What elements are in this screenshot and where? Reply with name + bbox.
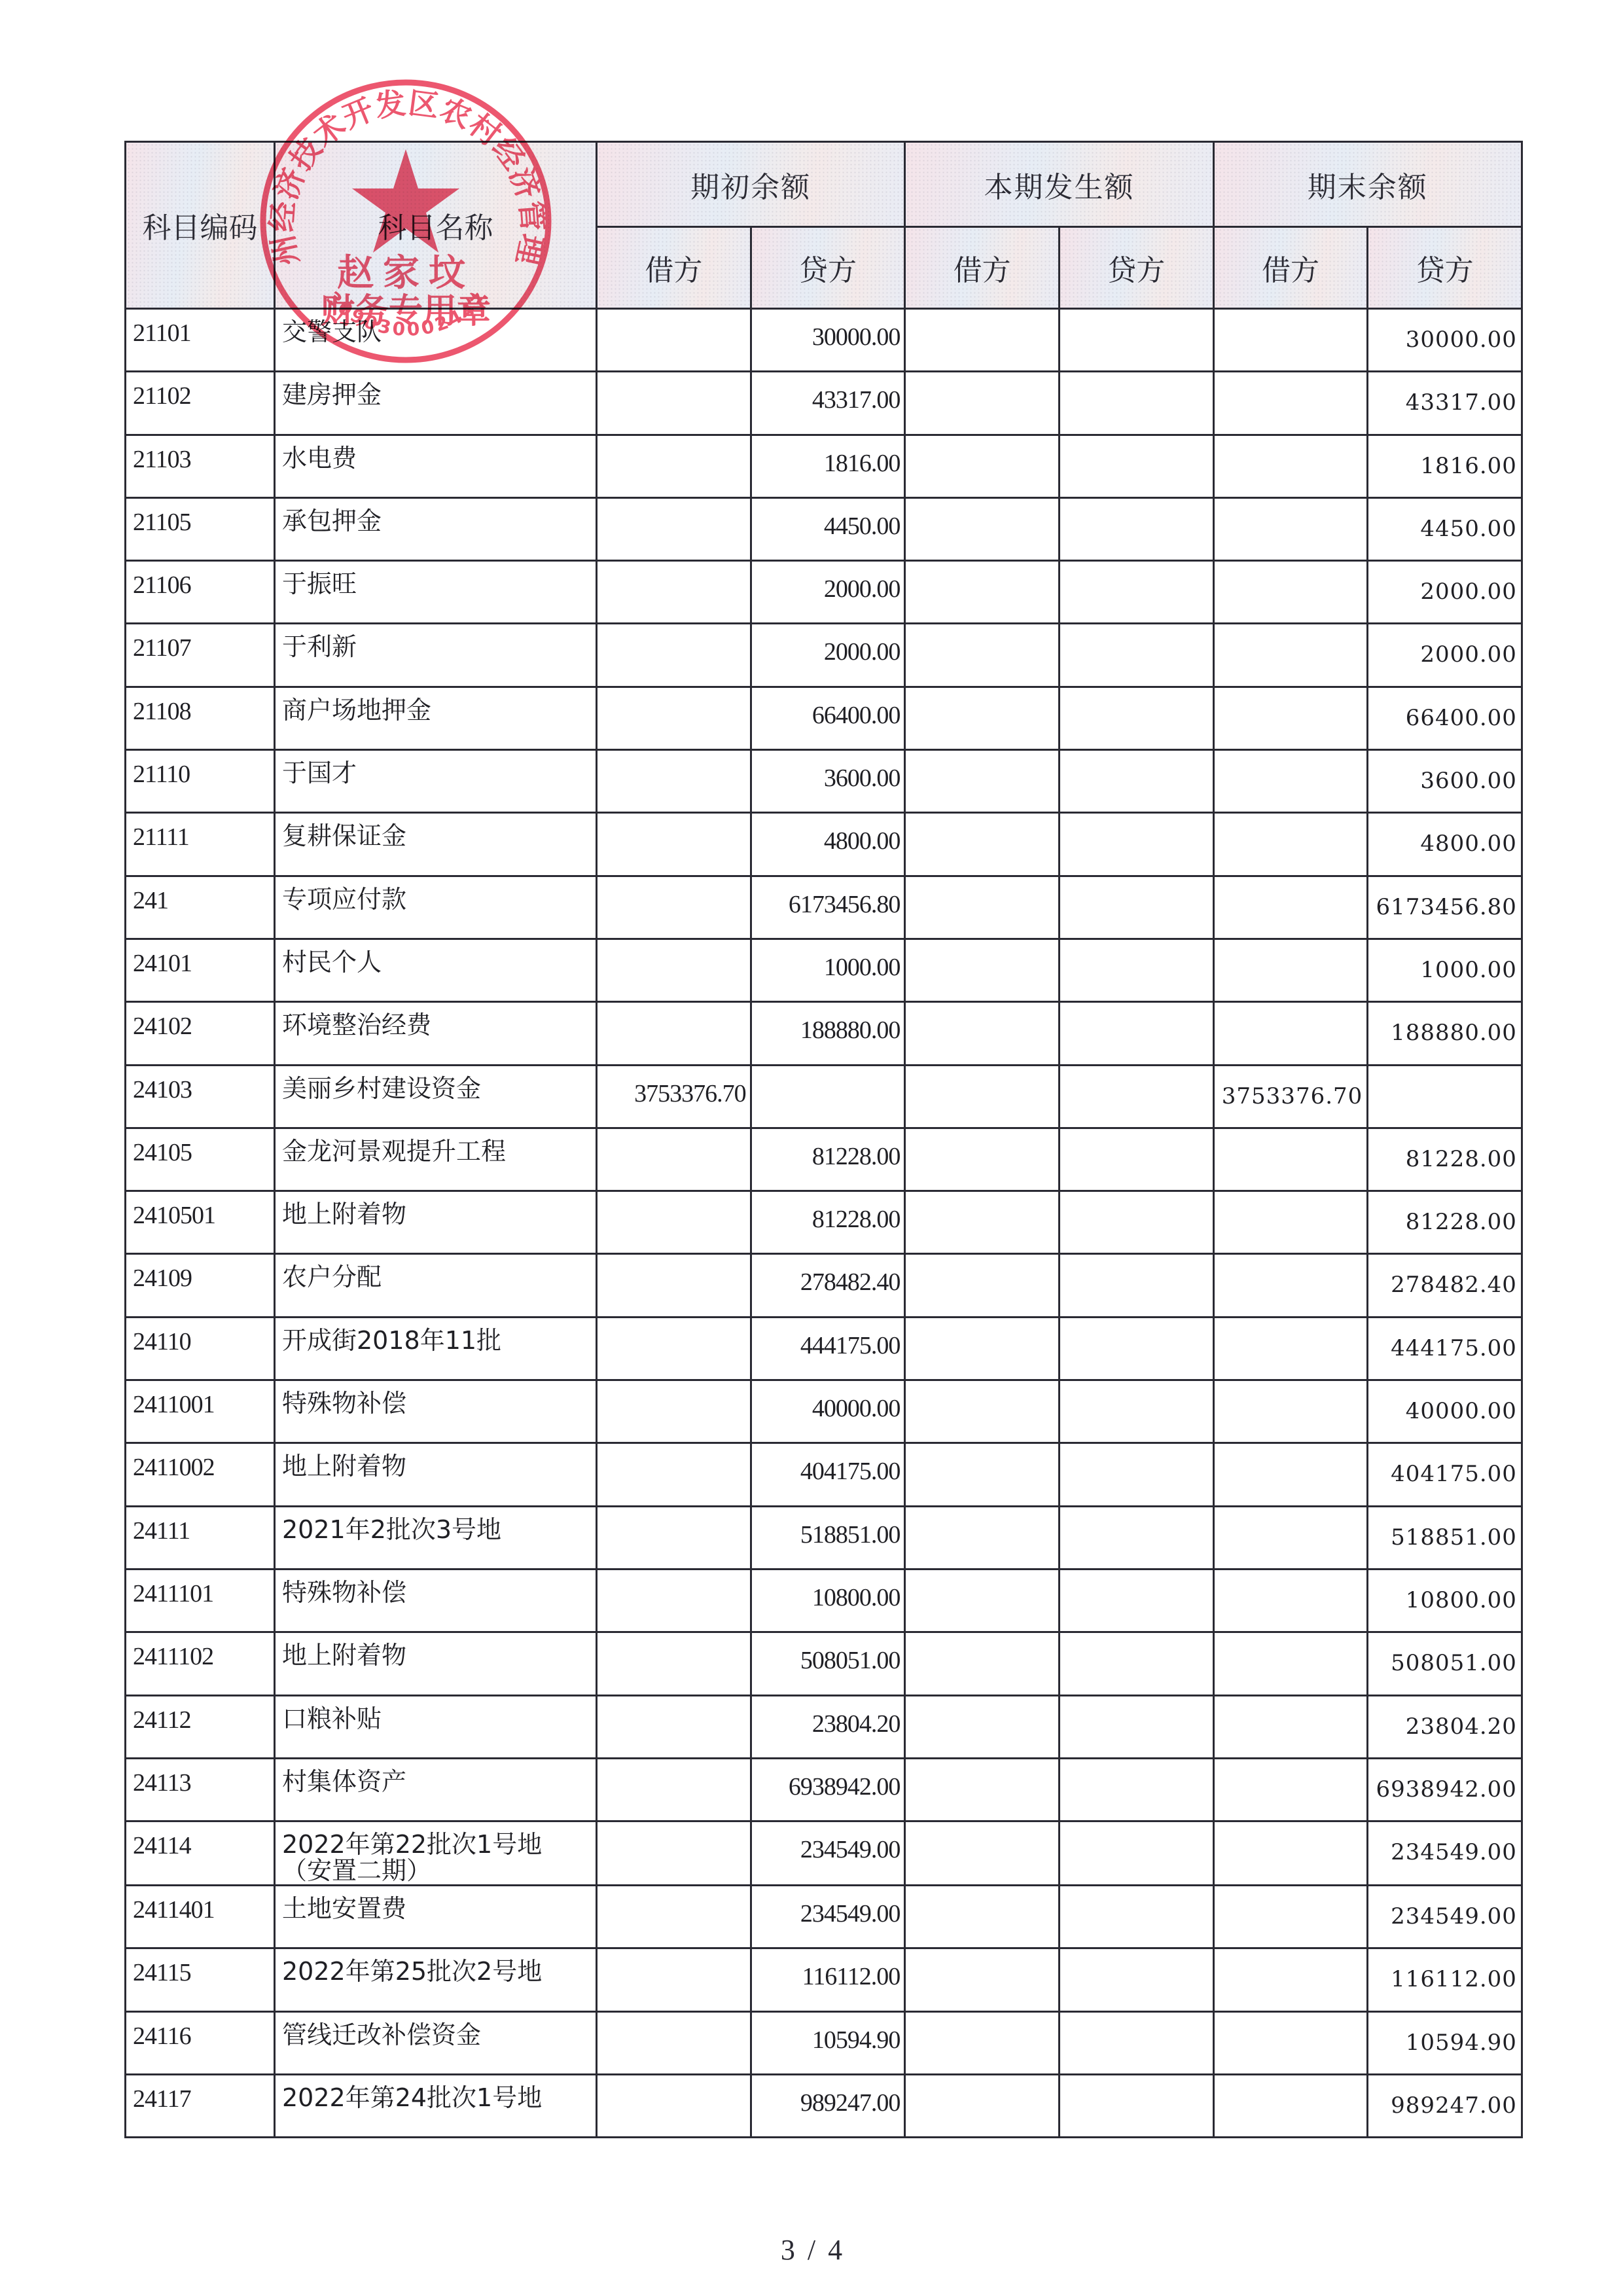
period-credit-cell bbox=[1059, 939, 1213, 1001]
opening-credit-cell bbox=[751, 1065, 905, 1128]
opening-credit-cell: 43317.00 bbox=[751, 372, 905, 435]
closing-debit-cell bbox=[1213, 1695, 1368, 1758]
opening-debit-cell bbox=[597, 1002, 751, 1065]
account-name-cell: 2022年第22批次1号地（安置二期） bbox=[275, 1821, 597, 1886]
period-credit-cell bbox=[1059, 561, 1213, 624]
opening-credit-cell: 6938942.00 bbox=[751, 1758, 905, 1821]
closing-credit-cell bbox=[1368, 1065, 1522, 1128]
opening-debit-cell bbox=[597, 309, 751, 372]
opening-debit-cell bbox=[597, 1569, 751, 1632]
header-period-credit: 贷方 bbox=[1059, 227, 1213, 309]
opening-debit-cell bbox=[597, 2011, 751, 2074]
opening-credit-cell: 81228.00 bbox=[751, 1191, 905, 1254]
account-name-cell: 地上附着物 bbox=[275, 1632, 597, 1695]
period-debit-cell bbox=[905, 2075, 1060, 2138]
period-credit-cell bbox=[1059, 813, 1213, 876]
closing-credit-cell: 3600.00 bbox=[1368, 750, 1522, 813]
account-code-cell: 24102 bbox=[126, 1002, 275, 1065]
header-opening-debit: 借方 bbox=[597, 227, 751, 309]
period-credit-cell bbox=[1059, 497, 1213, 560]
opening-debit-cell bbox=[597, 876, 751, 939]
closing-credit-cell: 989247.00 bbox=[1368, 2075, 1522, 2138]
account-code-cell: 24113 bbox=[126, 1758, 275, 1821]
opening-debit-cell bbox=[597, 813, 751, 876]
opening-debit-cell bbox=[597, 1191, 751, 1254]
period-debit-cell bbox=[905, 1065, 1060, 1128]
period-debit-cell bbox=[905, 876, 1060, 939]
account-name-cell: 承包押金 bbox=[275, 497, 597, 560]
opening-credit-cell: 1000.00 bbox=[751, 939, 905, 1001]
closing-credit-cell: 40000.00 bbox=[1368, 1380, 1522, 1443]
table-row: 24102环境整治经费188880.00188880.00 bbox=[126, 1002, 1522, 1065]
period-credit-cell bbox=[1059, 435, 1213, 497]
period-credit-cell bbox=[1059, 624, 1213, 687]
account-code-cell: 21101 bbox=[126, 309, 275, 372]
ledger-body: 21101交警支队30000.0030000.0021102建房押金43317.… bbox=[126, 309, 1522, 2138]
table-row: 24116管线迁改补偿资金10594.9010594.90 bbox=[126, 2011, 1522, 2074]
opening-debit-cell bbox=[597, 1886, 751, 1948]
table-row: 21102建房押金43317.0043317.00 bbox=[126, 372, 1522, 435]
closing-debit-cell bbox=[1213, 1317, 1368, 1380]
opening-credit-cell: 30000.00 bbox=[751, 309, 905, 372]
account-code-cell: 24111 bbox=[126, 1506, 275, 1569]
closing-credit-cell: 4450.00 bbox=[1368, 497, 1522, 560]
table-row: 241152022年第25批次2号地116112.00116112.00 bbox=[126, 1948, 1522, 2011]
period-credit-cell bbox=[1059, 2075, 1213, 2138]
period-credit-cell bbox=[1059, 372, 1213, 435]
opening-credit-cell: 10594.90 bbox=[751, 2011, 905, 2074]
account-name-cell: 特殊物补偿 bbox=[275, 1380, 597, 1443]
table-row: 21111复耕保证金4800.004800.00 bbox=[126, 813, 1522, 876]
period-debit-cell bbox=[905, 435, 1060, 497]
closing-debit-cell bbox=[1213, 939, 1368, 1001]
opening-debit-cell bbox=[597, 1948, 751, 2011]
opening-credit-cell: 3600.00 bbox=[751, 750, 905, 813]
period-debit-cell bbox=[905, 1002, 1060, 1065]
period-credit-cell bbox=[1059, 1065, 1213, 1128]
opening-credit-cell: 989247.00 bbox=[751, 2075, 905, 2138]
table-row: 24113村集体资产6938942.006938942.00 bbox=[126, 1758, 1522, 1821]
opening-credit-cell: 278482.40 bbox=[751, 1254, 905, 1317]
opening-credit-cell: 40000.00 bbox=[751, 1380, 905, 1443]
period-debit-cell bbox=[905, 497, 1060, 560]
opening-credit-cell: 10800.00 bbox=[751, 1569, 905, 1632]
account-code-cell: 21110 bbox=[126, 750, 275, 813]
account-name-cell: 于利新 bbox=[275, 624, 597, 687]
table-row: 21101交警支队30000.0030000.00 bbox=[126, 309, 1522, 372]
account-name-cell: 交警支队 bbox=[275, 309, 597, 372]
opening-credit-cell: 4450.00 bbox=[751, 497, 905, 560]
account-code-cell: 21102 bbox=[126, 372, 275, 435]
account-name-cell: 金龙河景观提升工程 bbox=[275, 1128, 597, 1191]
period-debit-cell bbox=[905, 1191, 1060, 1254]
closing-debit-cell bbox=[1213, 624, 1368, 687]
opening-credit-cell: 66400.00 bbox=[751, 687, 905, 749]
closing-debit-cell bbox=[1213, 1443, 1368, 1506]
opening-credit-cell: 1816.00 bbox=[751, 435, 905, 497]
closing-debit-cell bbox=[1213, 1191, 1368, 1254]
table-row: 24101村民个人1000.001000.00 bbox=[126, 939, 1522, 1001]
period-debit-cell bbox=[905, 1569, 1060, 1632]
opening-credit-cell: 2000.00 bbox=[751, 624, 905, 687]
account-name-cell: 专项应付款 bbox=[275, 876, 597, 939]
opening-credit-cell: 404175.00 bbox=[751, 1443, 905, 1506]
table-row: 241172022年第24批次1号地989247.00989247.00 bbox=[126, 2075, 1522, 2138]
closing-credit-cell: 10800.00 bbox=[1368, 1569, 1522, 1632]
account-code-cell: 21106 bbox=[126, 561, 275, 624]
period-debit-cell bbox=[905, 624, 1060, 687]
closing-credit-cell: 6938942.00 bbox=[1368, 1758, 1522, 1821]
period-debit-cell bbox=[905, 2011, 1060, 2074]
period-debit-cell bbox=[905, 1821, 1060, 1886]
account-name-cell: 地上附着物 bbox=[275, 1191, 597, 1254]
closing-credit-cell: 23804.20 bbox=[1368, 1695, 1522, 1758]
closing-credit-cell: 518851.00 bbox=[1368, 1506, 1522, 1569]
period-credit-cell bbox=[1059, 1254, 1213, 1317]
period-credit-cell bbox=[1059, 1632, 1213, 1695]
account-name-cell: 管线迁改补偿资金 bbox=[275, 2011, 597, 2074]
closing-debit-cell bbox=[1213, 1380, 1368, 1443]
account-name-cell: 村集体资产 bbox=[275, 1758, 597, 1821]
table-row: 21103水电费1816.001816.00 bbox=[126, 435, 1522, 497]
opening-debit-cell bbox=[597, 497, 751, 560]
table-row: 24109农户分配278482.40278482.40 bbox=[126, 1254, 1522, 1317]
period-credit-cell bbox=[1059, 309, 1213, 372]
period-debit-cell bbox=[905, 1128, 1060, 1191]
table-row: 2411002地上附着物404175.00404175.00 bbox=[126, 1443, 1522, 1506]
closing-debit-cell bbox=[1213, 561, 1368, 624]
opening-debit-cell bbox=[597, 1758, 751, 1821]
closing-debit-cell bbox=[1213, 2075, 1368, 2138]
period-debit-cell bbox=[905, 1254, 1060, 1317]
closing-credit-cell: 508051.00 bbox=[1368, 1632, 1522, 1695]
closing-debit-cell bbox=[1213, 813, 1368, 876]
closing-credit-cell: 10594.90 bbox=[1368, 2011, 1522, 2074]
table-row: 2411401土地安置费234549.00234549.00 bbox=[126, 1886, 1522, 1948]
account-code-cell: 2411002 bbox=[126, 1443, 275, 1506]
account-name-cell: 开成街2018年11批 bbox=[275, 1317, 597, 1380]
account-name-cell: 环境整治经费 bbox=[275, 1002, 597, 1065]
period-debit-cell bbox=[905, 561, 1060, 624]
table-row: 241112021年2批次3号地518851.00518851.00 bbox=[126, 1506, 1522, 1569]
account-name-cell: 2022年第25批次2号地 bbox=[275, 1948, 597, 2011]
opening-debit-cell bbox=[597, 1632, 751, 1695]
account-name-cell: 于振旺 bbox=[275, 561, 597, 624]
period-credit-cell bbox=[1059, 1821, 1213, 1886]
closing-credit-cell: 81228.00 bbox=[1368, 1191, 1522, 1254]
account-name-cell: 建房押金 bbox=[275, 372, 597, 435]
table-row: 24105金龙河景观提升工程81228.0081228.00 bbox=[126, 1128, 1522, 1191]
account-code-cell: 24110 bbox=[126, 1317, 275, 1380]
closing-debit-cell bbox=[1213, 1758, 1368, 1821]
opening-debit-cell bbox=[597, 1128, 751, 1191]
opening-debit-cell bbox=[597, 435, 751, 497]
period-debit-cell bbox=[905, 1758, 1060, 1821]
account-code-cell: 241 bbox=[126, 876, 275, 939]
closing-credit-cell: 404175.00 bbox=[1368, 1443, 1522, 1506]
header-account-code: 科目编码 bbox=[126, 142, 275, 309]
header-account-name: 科目名称 bbox=[275, 142, 597, 309]
closing-credit-cell: 188880.00 bbox=[1368, 1002, 1522, 1065]
table-row: 24110开成街2018年11批444175.00444175.00 bbox=[126, 1317, 1522, 1380]
closing-debit-cell bbox=[1213, 1002, 1368, 1065]
closing-debit-cell bbox=[1213, 435, 1368, 497]
period-debit-cell bbox=[905, 309, 1060, 372]
opening-debit-cell bbox=[597, 1443, 751, 1506]
account-name-cell: 2022年第24批次1号地 bbox=[275, 2075, 597, 2138]
opening-credit-cell: 234549.00 bbox=[751, 1886, 905, 1948]
period-credit-cell bbox=[1059, 1758, 1213, 1821]
closing-credit-cell: 2000.00 bbox=[1368, 561, 1522, 624]
account-name-cell: 土地安置费 bbox=[275, 1886, 597, 1948]
closing-debit-cell bbox=[1213, 2011, 1368, 2074]
closing-debit-cell bbox=[1213, 1254, 1368, 1317]
closing-debit-cell bbox=[1213, 1632, 1368, 1695]
account-name-cell: 2021年2批次3号地 bbox=[275, 1506, 597, 1569]
account-code-cell: 24116 bbox=[126, 2011, 275, 2074]
account-code-cell: 21105 bbox=[126, 497, 275, 560]
table-row: 2410501地上附着物81228.0081228.00 bbox=[126, 1191, 1522, 1254]
period-credit-cell bbox=[1059, 1191, 1213, 1254]
closing-debit-cell bbox=[1213, 1506, 1368, 1569]
account-code-cell: 24103 bbox=[126, 1065, 275, 1128]
closing-credit-cell: 278482.40 bbox=[1368, 1254, 1522, 1317]
closing-credit-cell: 1816.00 bbox=[1368, 435, 1522, 497]
period-credit-cell bbox=[1059, 1695, 1213, 1758]
closing-debit-cell bbox=[1213, 372, 1368, 435]
closing-credit-cell: 66400.00 bbox=[1368, 687, 1522, 749]
period-credit-cell bbox=[1059, 750, 1213, 813]
table-row: 21105承包押金4450.004450.00 bbox=[126, 497, 1522, 560]
account-code-cell: 2410501 bbox=[126, 1191, 275, 1254]
account-name-cell: 复耕保证金 bbox=[275, 813, 597, 876]
period-debit-cell bbox=[905, 1886, 1060, 1948]
table-row: 21110于国才3600.003600.00 bbox=[126, 750, 1522, 813]
closing-debit-cell bbox=[1213, 1569, 1368, 1632]
period-debit-cell bbox=[905, 1632, 1060, 1695]
period-credit-cell bbox=[1059, 687, 1213, 749]
opening-credit-cell: 6173456.80 bbox=[751, 876, 905, 939]
opening-debit-cell bbox=[597, 1380, 751, 1443]
period-debit-cell bbox=[905, 813, 1060, 876]
account-name-cell: 水电费 bbox=[275, 435, 597, 497]
period-debit-cell bbox=[905, 1695, 1060, 1758]
opening-debit-cell bbox=[597, 750, 751, 813]
opening-debit-cell bbox=[597, 561, 751, 624]
account-name-cell: 商户场地押金 bbox=[275, 687, 597, 749]
opening-debit-cell bbox=[597, 1317, 751, 1380]
closing-credit-cell: 1000.00 bbox=[1368, 939, 1522, 1001]
header-opening-balance: 期初余额 bbox=[597, 142, 905, 227]
opening-credit-cell: 188880.00 bbox=[751, 1002, 905, 1065]
period-credit-cell bbox=[1059, 1569, 1213, 1632]
account-code-cell: 21107 bbox=[126, 624, 275, 687]
header-closing-credit: 贷方 bbox=[1368, 227, 1522, 309]
page-number: 3 / 4 bbox=[0, 2233, 1623, 2267]
closing-credit-cell: 444175.00 bbox=[1368, 1317, 1522, 1380]
account-code-cell: 21108 bbox=[126, 687, 275, 749]
period-credit-cell bbox=[1059, 2011, 1213, 2074]
table-row: 21107于利新2000.002000.00 bbox=[126, 624, 1522, 687]
opening-debit-cell bbox=[597, 1254, 751, 1317]
account-name-cell: 农户分配 bbox=[275, 1254, 597, 1317]
table-row: 21106于振旺2000.002000.00 bbox=[126, 561, 1522, 624]
closing-debit-cell bbox=[1213, 309, 1368, 372]
period-credit-cell bbox=[1059, 1506, 1213, 1569]
account-code-cell: 24105 bbox=[126, 1128, 275, 1191]
account-code-cell: 2411102 bbox=[126, 1632, 275, 1695]
header-closing-debit: 借方 bbox=[1213, 227, 1368, 309]
account-name-cell: 地上附着物 bbox=[275, 1443, 597, 1506]
period-debit-cell bbox=[905, 1443, 1060, 1506]
opening-credit-cell: 508051.00 bbox=[751, 1632, 905, 1695]
closing-debit-cell bbox=[1213, 1128, 1368, 1191]
account-code-cell: 2411001 bbox=[126, 1380, 275, 1443]
closing-debit-cell bbox=[1213, 1886, 1368, 1948]
opening-credit-cell: 518851.00 bbox=[751, 1506, 905, 1569]
period-debit-cell bbox=[905, 1317, 1060, 1380]
period-credit-cell bbox=[1059, 876, 1213, 939]
opening-debit-cell bbox=[597, 2075, 751, 2138]
closing-credit-cell: 234549.00 bbox=[1368, 1886, 1522, 1948]
period-debit-cell bbox=[905, 1948, 1060, 2011]
period-debit-cell bbox=[905, 687, 1060, 749]
period-credit-cell bbox=[1059, 1317, 1213, 1380]
opening-debit-cell bbox=[597, 939, 751, 1001]
closing-debit-cell bbox=[1213, 750, 1368, 813]
closing-credit-cell: 81228.00 bbox=[1368, 1128, 1522, 1191]
period-debit-cell bbox=[905, 1380, 1060, 1443]
table-row: 2411001特殊物补偿40000.0040000.00 bbox=[126, 1380, 1522, 1443]
account-code-cell: 24114 bbox=[126, 1821, 275, 1886]
period-debit-cell bbox=[905, 939, 1060, 1001]
account-code-cell: 21103 bbox=[126, 435, 275, 497]
table-row: 241专项应付款6173456.806173456.80 bbox=[126, 876, 1522, 939]
account-code-cell: 24115 bbox=[126, 1948, 275, 2011]
table-row: 2411102地上附着物508051.00508051.00 bbox=[126, 1632, 1522, 1695]
period-debit-cell bbox=[905, 1506, 1060, 1569]
ledger-sheet: 科目编码 科目名称 期初余额 本期发生额 期末余额 借方 贷方 借方 贷方 借方… bbox=[124, 141, 1521, 2138]
closing-debit-cell bbox=[1213, 1948, 1368, 2011]
closing-credit-cell: 4800.00 bbox=[1368, 813, 1522, 876]
table-row: 21108商户场地押金66400.0066400.00 bbox=[126, 687, 1522, 749]
opening-debit-cell: 3753376.70 bbox=[597, 1065, 751, 1128]
opening-credit-cell: 81228.00 bbox=[751, 1128, 905, 1191]
opening-debit-cell bbox=[597, 624, 751, 687]
opening-debit-cell bbox=[597, 1506, 751, 1569]
closing-credit-cell: 234549.00 bbox=[1368, 1821, 1522, 1886]
header-period-debit: 借方 bbox=[905, 227, 1060, 309]
opening-credit-cell: 234549.00 bbox=[751, 1821, 905, 1886]
account-name-cell: 村民个人 bbox=[275, 939, 597, 1001]
closing-debit-cell: 3753376.70 bbox=[1213, 1065, 1368, 1128]
closing-credit-cell: 30000.00 bbox=[1368, 309, 1522, 372]
header-period-amount: 本期发生额 bbox=[905, 142, 1213, 227]
account-name-cell: 美丽乡村建设资金 bbox=[275, 1065, 597, 1128]
period-credit-cell bbox=[1059, 1886, 1213, 1948]
account-code-cell: 21111 bbox=[126, 813, 275, 876]
period-debit-cell bbox=[905, 372, 1060, 435]
table-row: 24112口粮补贴23804.2023804.20 bbox=[126, 1695, 1522, 1758]
balance-table: 科目编码 科目名称 期初余额 本期发生额 期末余额 借方 贷方 借方 贷方 借方… bbox=[124, 141, 1523, 2138]
account-code-cell: 2411101 bbox=[126, 1569, 275, 1632]
opening-credit-cell: 2000.00 bbox=[751, 561, 905, 624]
closing-credit-cell: 116112.00 bbox=[1368, 1948, 1522, 2011]
opening-debit-cell bbox=[597, 372, 751, 435]
period-credit-cell bbox=[1059, 1002, 1213, 1065]
period-debit-cell bbox=[905, 750, 1060, 813]
account-code-cell: 24109 bbox=[126, 1254, 275, 1317]
table-row: 24103美丽乡村建设资金3753376.703753376.70 bbox=[126, 1065, 1522, 1128]
closing-credit-cell: 43317.00 bbox=[1368, 372, 1522, 435]
period-credit-cell bbox=[1059, 1443, 1213, 1506]
opening-debit-cell bbox=[597, 687, 751, 749]
closing-debit-cell bbox=[1213, 1821, 1368, 1886]
header-closing-balance: 期末余额 bbox=[1213, 142, 1522, 227]
opening-credit-cell: 4800.00 bbox=[751, 813, 905, 876]
account-name-cell: 口粮补贴 bbox=[275, 1695, 597, 1758]
account-code-cell: 2411401 bbox=[126, 1886, 275, 1948]
account-code-cell: 24101 bbox=[126, 939, 275, 1001]
period-credit-cell bbox=[1059, 1380, 1213, 1443]
header-opening-credit: 贷方 bbox=[751, 227, 905, 309]
closing-debit-cell bbox=[1213, 876, 1368, 939]
account-name-cell: 特殊物补偿 bbox=[275, 1569, 597, 1632]
account-name-cell: 于国才 bbox=[275, 750, 597, 813]
table-row: 241142022年第22批次1号地（安置二期）234549.00234549.… bbox=[126, 1821, 1522, 1886]
closing-debit-cell bbox=[1213, 687, 1368, 749]
account-code-cell: 24112 bbox=[126, 1695, 275, 1758]
closing-credit-cell: 2000.00 bbox=[1368, 624, 1522, 687]
table-row: 2411101特殊物补偿10800.0010800.00 bbox=[126, 1569, 1522, 1632]
period-credit-cell bbox=[1059, 1948, 1213, 2011]
closing-credit-cell: 6173456.80 bbox=[1368, 876, 1522, 939]
period-credit-cell bbox=[1059, 1128, 1213, 1191]
opening-debit-cell bbox=[597, 1695, 751, 1758]
account-code-cell: 24117 bbox=[126, 2075, 275, 2138]
opening-credit-cell: 444175.00 bbox=[751, 1317, 905, 1380]
opening-credit-cell: 116112.00 bbox=[751, 1948, 905, 2011]
closing-debit-cell bbox=[1213, 497, 1368, 560]
opening-debit-cell bbox=[597, 1821, 751, 1886]
opening-credit-cell: 23804.20 bbox=[751, 1695, 905, 1758]
